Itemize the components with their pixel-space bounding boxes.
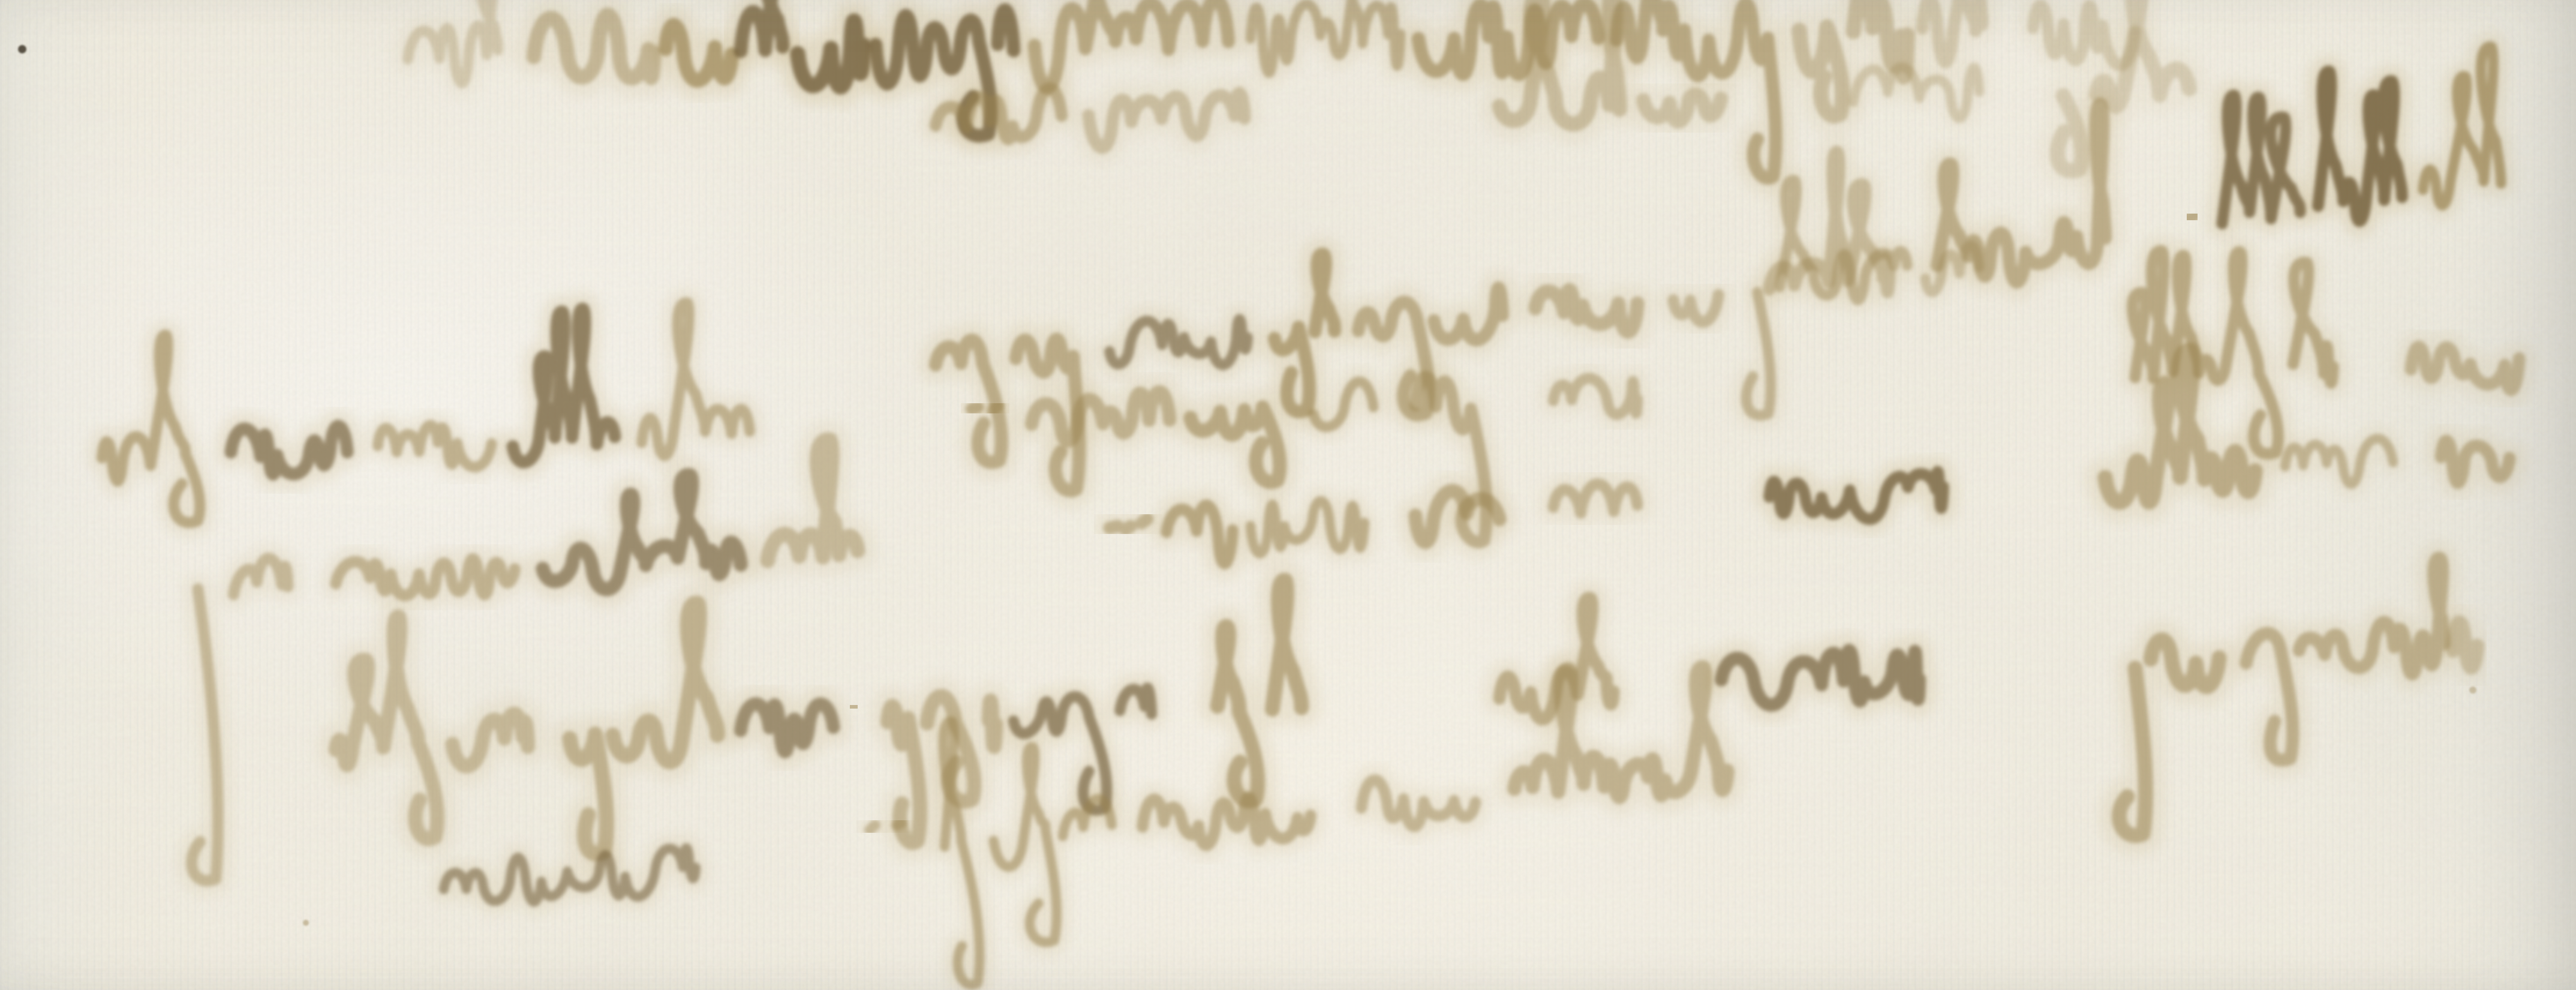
handwriting-word [1110, 519, 1147, 530]
ink-speck [2469, 686, 2476, 694]
manuscript-page [0, 0, 2576, 990]
ink-speck [18, 45, 26, 53]
handwriting-word [2189, 215, 2195, 218]
manuscript-render [0, 0, 2576, 990]
handwriting-word [852, 706, 856, 708]
ink-speck [303, 920, 309, 926]
